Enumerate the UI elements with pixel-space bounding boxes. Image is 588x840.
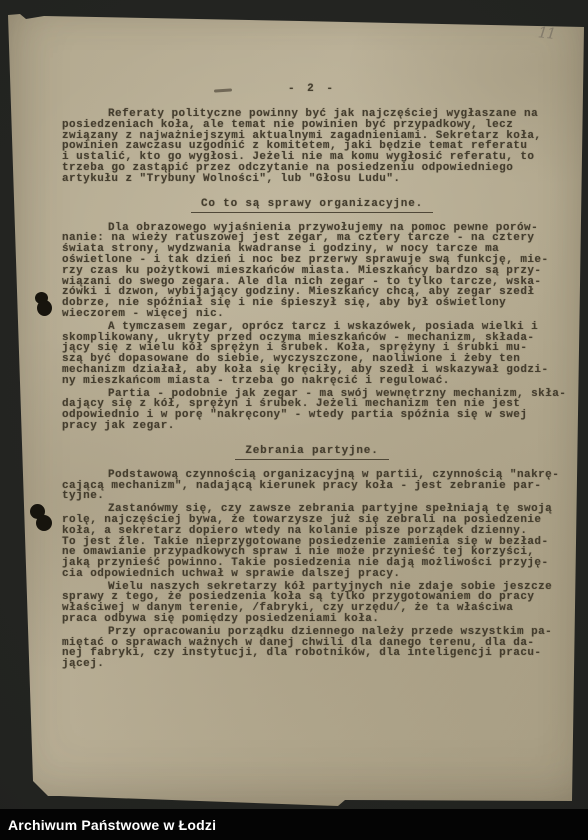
paragraph: Dla obrazowego wyjaśnienia przywołujemy …: [62, 223, 562, 320]
document-page: 11 - 2 -Referaty polityczne powinny być …: [0, 0, 588, 812]
paragraph: A tymczasem zegar, oprócz tarcz i wskazó…: [62, 322, 562, 387]
document-text-column: - 2 -Referaty polityczne powinny być jak…: [62, 84, 562, 672]
section-heading-text: Zebrania partyjne.: [235, 445, 388, 460]
paragraph: Przy opracowaniu porządku dziennego nale…: [62, 627, 562, 670]
archive-name: Archiwum Państwowe w Łodzi: [8, 817, 216, 833]
section-heading-text: Co to są sprawy organizacyjne.: [191, 198, 433, 213]
paragraph: Podstawową czynnością organizacyjną w pa…: [62, 470, 562, 502]
paragraph: Wielu naszych sekretarzy kół partyjnych …: [62, 582, 562, 625]
section-heading: Zebrania partyjne.: [62, 445, 562, 460]
paragraph: Zastanówmy się, czy zawsze zebrania part…: [62, 504, 562, 580]
archive-caption-bar: Archiwum Państwowe w Łodzi: [0, 809, 588, 840]
handwritten-page-number: 11: [537, 23, 556, 43]
section-heading: Co to są sprawy organizacyjne.: [62, 198, 562, 213]
paragraph: Partia - podobnie jak zegar - ma swój we…: [62, 389, 562, 432]
ink-blot-icon: [33, 292, 55, 318]
scan-viewport: 11 - 2 -Referaty polityczne powinny być …: [0, 0, 588, 840]
paragraph: Referaty polityczne powinny być jak najc…: [62, 109, 562, 185]
ink-blot-icon: [29, 504, 53, 532]
page-number: - 2 -: [62, 84, 562, 95]
